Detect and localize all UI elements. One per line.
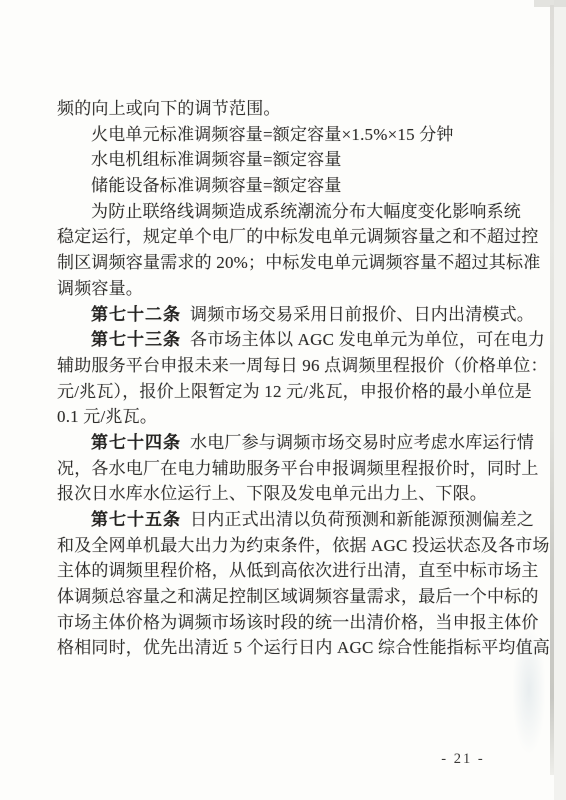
article-line: 第七十五条日内正式出清以负荷预测和新能源预测偏差之 (57, 507, 512, 533)
article-line: 第七十三条各市场主体以 AGC 发电单元为单位，可在电力 (57, 327, 512, 353)
line-text: 调频市场交易采用日前报价、日内出清模式。 (190, 305, 534, 324)
line-text: 0.1 元/兆瓦。 (57, 407, 157, 426)
article-number: 第七十三条 (91, 330, 181, 349)
scan-edge-line (550, 5, 554, 775)
text-line: 制区调频容量需求的 20%；中标发电单元调频容量不超过其标准 (57, 250, 512, 276)
line-text: 辅助服务平台申报未来一周每日 96 点调频里程报价（价格单位： (57, 356, 548, 375)
page-number: - 21 - (428, 751, 498, 768)
text-line: 稳定运行，规定单个电厂的中标发电单元调频容量之和不超过控 (57, 224, 512, 250)
scanned-document-page: 频的向上或向下的调节范围。 火电单元标准调频容量=额定容量×1.5%×15 分钟… (0, 0, 566, 800)
line-text: 储能设备标准调频容量=额定容量 (91, 176, 342, 195)
line-text: 火电单元标准调频容量=额定容量×1.5%×15 分钟 (91, 125, 454, 144)
text-line: 主体的调频里程价格，从低到高依次进行出清，直至中标市场主 (57, 558, 512, 584)
text-line: 和及全网单机最大出力为约束条件，依据 AGC 投运状态及各市场 (57, 533, 512, 559)
line-text: 格相同时，优先出清近 5 个运行日内 AGC 综合性能指标平均值高 (57, 638, 550, 657)
line-text: 报次日水库水位运行上、下限及发电单元出力上、下限。 (57, 484, 487, 503)
text-line: 报次日水库水位运行上、下限及发电单元出力上、下限。 (57, 481, 512, 507)
text-line: 格相同时，优先出清近 5 个运行日内 AGC 综合性能指标平均值高 (57, 635, 512, 661)
article-number: 第七十五条 (91, 510, 181, 529)
article-line: 第七十四条水电厂参与调频市场交易时应考虑水库运行情 (57, 430, 512, 456)
line-text: 体调频总容量之和满足控制区域调频容量需求，最后一个中标的 (57, 587, 539, 606)
text-line: 辅助服务平台申报未来一周每日 96 点调频里程报价（价格单位： (57, 353, 512, 379)
line-text: 况，各水电厂在电力辅助服务平台申报调频里程报价时，同时上 (57, 459, 539, 478)
formula-line: 水电机组标准调频容量=额定容量 (57, 147, 512, 173)
article-number: 第七十四条 (91, 433, 181, 452)
text-line: 调频容量。 (57, 276, 512, 302)
line-text: 和及全网单机最大出力为约束条件，依据 AGC 投运状态及各市场 (57, 536, 550, 555)
line-text: 市场主体价格为调频市场该时段的统一出清价格，当申报主体价 (57, 613, 539, 632)
text-line: 频的向上或向下的调节范围。 (57, 96, 512, 122)
document-body: 频的向上或向下的调节范围。 火电单元标准调频容量=额定容量×1.5%×15 分钟… (57, 96, 512, 661)
line-text: 稳定运行，规定单个电厂的中标发电单元调频容量之和不超过控 (57, 227, 539, 246)
text-line: 0.1 元/兆瓦。 (57, 404, 512, 430)
text-line: 体调频总容量之和满足控制区域调频容量需求，最后一个中标的 (57, 584, 512, 610)
text-line: 况，各水电厂在电力辅助服务平台申报调频里程报价时，同时上 (57, 456, 512, 482)
formula-line: 储能设备标准调频容量=额定容量 (57, 173, 512, 199)
line-text: 水电厂参与调频市场交易时应考虑水库运行情 (190, 433, 534, 452)
formula-line: 火电单元标准调频容量=额定容量×1.5%×15 分钟 (57, 122, 512, 148)
line-text: 频的向上或向下的调节范围。 (57, 99, 281, 118)
article-number: 第七十二条 (91, 305, 181, 324)
line-text: 主体的调频里程价格，从低到高依次进行出清，直至中标市场主 (57, 561, 539, 580)
line-text: 日内正式出清以负荷预测和新能源预测偏差之 (190, 510, 534, 529)
scan-corner-artifact (534, 0, 566, 7)
text-line: 市场主体价格为调频市场该时段的统一出清价格，当申报主体价 (57, 610, 512, 636)
article-line: 第七十二条调频市场交易采用日前报价、日内出清模式。 (57, 302, 512, 328)
scan-edge-area (554, 0, 566, 800)
text-line: 为防止联络线调频造成系统潮流分布大幅度变化影响系统 (57, 199, 512, 225)
line-text: 元/兆瓦），报价上限暂定为 12 元/兆瓦，申报价格的最小单位是 (57, 382, 532, 401)
line-text: 调频容量。 (57, 279, 143, 298)
line-text: 为防止联络线调频造成系统潮流分布大幅度变化影响系统 (91, 202, 521, 221)
line-text: 水电机组标准调频容量=额定容量 (91, 150, 342, 169)
line-text: 各市场主体以 AGC 发电单元为单位，可在电力 (190, 330, 545, 349)
text-line: 元/兆瓦），报价上限暂定为 12 元/兆瓦，申报价格的最小单位是 (57, 379, 512, 405)
line-text: 制区调频容量需求的 20%；中标发电单元调频容量不超过其标准 (57, 253, 540, 272)
